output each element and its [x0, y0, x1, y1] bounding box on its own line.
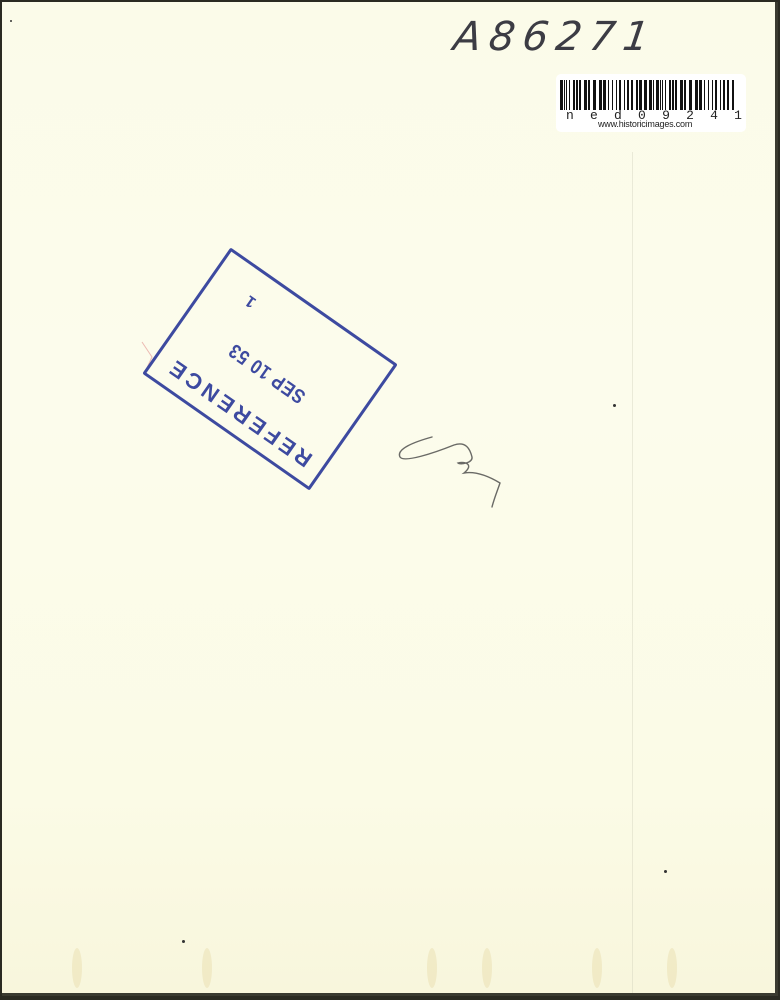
paper-crease [632, 152, 633, 996]
photo-back-paper: A86271 ned09241 www.historicimages.com R… [2, 2, 778, 996]
age-stain [592, 948, 602, 988]
dust-speck [664, 870, 667, 873]
reference-stamp: REFERENCE SEP 10 53 1 [142, 247, 397, 490]
barcode-icon [560, 80, 740, 110]
barcode-label: ned09241 www.historicimages.com [556, 74, 746, 132]
dust-speck [182, 940, 185, 943]
age-stain [482, 948, 492, 988]
barcode-char: 4 [710, 108, 718, 123]
paper-edge-bottom [2, 993, 778, 996]
barcode-char: n [566, 108, 574, 123]
dust-speck [613, 404, 616, 407]
age-stain [667, 948, 677, 988]
stamp-mark: 1 [242, 291, 260, 311]
paper-edge-right [775, 2, 778, 996]
age-stain [202, 948, 212, 988]
age-stain [427, 948, 437, 988]
signature-scribble [394, 427, 514, 517]
age-stain [72, 948, 82, 988]
barcode-char: e [590, 108, 598, 123]
barcode-url: www.historicimages.com [598, 119, 692, 129]
stamp-date: SEP 10 53 [192, 315, 343, 430]
dust-speck [10, 20, 12, 22]
handwritten-catalog-number: A86271 [451, 14, 660, 60]
barcode-char: 1 [734, 108, 742, 123]
